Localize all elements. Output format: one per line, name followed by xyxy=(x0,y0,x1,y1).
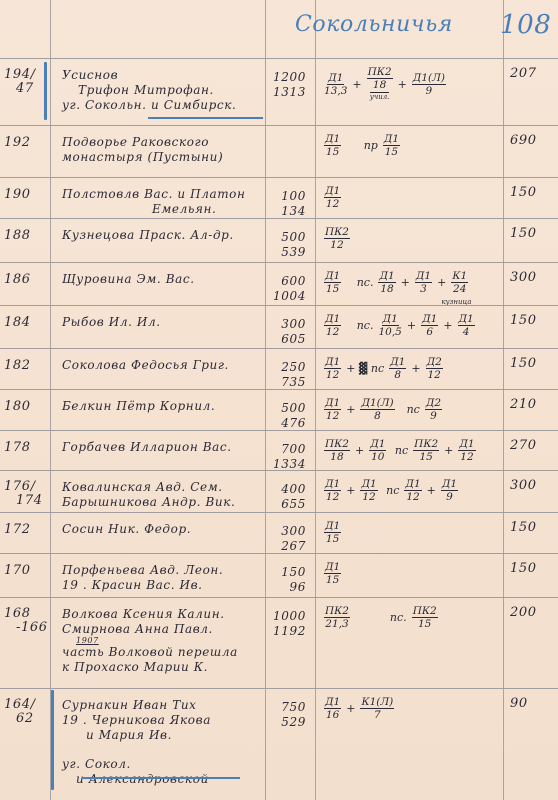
house-number: 176/174 xyxy=(4,480,43,508)
area-value-top: 300 xyxy=(266,524,306,539)
area-value-top: 600 xyxy=(266,274,306,289)
house-number: 164/62 xyxy=(4,698,36,726)
valuation-total: 150 xyxy=(510,185,537,200)
building-formula: Д115 прД115 xyxy=(322,133,402,158)
house-number: 194/47 xyxy=(4,68,36,96)
formula-operator: + xyxy=(346,702,355,715)
owner-line: Белкин Пётр Корнил. xyxy=(62,399,215,414)
formula-operator: + xyxy=(346,484,355,497)
house-number: 184 xyxy=(4,315,31,330)
formula-fraction: Д212 xyxy=(426,356,443,381)
owner-name: Полстовлв Вас. и ПлатонЕмельян. xyxy=(62,187,246,217)
area-value-bottom: 1004 xyxy=(266,289,306,304)
owner-name: Щуровина Эм. Вас. xyxy=(62,272,195,287)
building-formula: Д113,3+ПК218учил.+Д1(Л)9 xyxy=(322,66,448,102)
valuation-total: 150 xyxy=(510,356,537,371)
area-value: 7001334 xyxy=(266,442,306,472)
formula-fraction: Д115 xyxy=(324,520,341,545)
house-number: 178 xyxy=(4,440,31,455)
owner-name: Подворье Раковскогомонастыря (Пустыни) xyxy=(62,135,223,165)
formula-operator: + xyxy=(427,484,436,497)
owner-line: Рыбов Ил. Ил. xyxy=(62,315,161,330)
owner-line: Трифон Митрофан. xyxy=(62,83,236,98)
valuation-total: 200 xyxy=(510,605,537,620)
building-formula: Д115 xyxy=(322,520,343,545)
formula-operator: + xyxy=(352,78,361,91)
formula-fraction: Д116 xyxy=(324,696,341,721)
formula-fraction: ПК218 xyxy=(324,438,350,463)
street-title: Сокольничья xyxy=(295,12,453,37)
formula-fraction: ПК215 xyxy=(413,438,439,463)
area-value: 6001004 xyxy=(266,274,306,304)
area-value: 750529 xyxy=(266,700,306,730)
house-number: 188 xyxy=(4,228,31,243)
valuation-total: 210 xyxy=(510,397,537,412)
valuation-total: 690 xyxy=(510,133,537,148)
house-number: 180 xyxy=(4,399,31,414)
building-formula: Д112+Д1(Л)8 псД29 xyxy=(322,397,444,422)
owner-name: Сосин Ник. Федор. xyxy=(62,522,191,537)
row-rule xyxy=(0,262,558,263)
formula-fraction: Д113,3 xyxy=(324,72,347,97)
owner-line: часть Волковой перешла xyxy=(62,645,238,660)
blue-underline xyxy=(82,777,240,779)
valuation-total: 300 xyxy=(510,478,537,493)
formula-operator: + xyxy=(355,444,364,457)
area-value-top: 1000 xyxy=(266,609,306,624)
formula-fraction: Д18 xyxy=(389,356,406,381)
row-rule xyxy=(0,348,558,349)
house-number: 186 xyxy=(4,272,31,287)
formula-fraction: Д14 xyxy=(458,313,475,338)
formula-operator: + xyxy=(407,319,416,332)
building-formula: Д112+ ▓ псД18+Д212 xyxy=(322,356,445,381)
formula-fraction: Д112 xyxy=(458,438,475,463)
owner-name: Горбачев Илларион Вас. xyxy=(62,440,232,455)
area-value-bottom: 539 xyxy=(266,245,306,260)
row-rule xyxy=(0,597,558,598)
row-rule xyxy=(0,688,558,689)
owner-line: Барышникова Андр. Вик. xyxy=(62,495,235,510)
area-value-bottom: 655 xyxy=(266,497,306,512)
area-value: 100134 xyxy=(266,189,306,219)
formula-fraction: Д112 xyxy=(324,356,341,381)
formula-fraction: К124кузница xyxy=(451,270,468,295)
owner-line: 19 . Красин Вас. Ив. xyxy=(62,578,223,593)
formula-fraction: Д1(Л)8 xyxy=(360,397,394,422)
formula-operator: + ▓ пс xyxy=(346,362,384,375)
building-formula: Д112 пс.Д110,5+Д16+Д14 xyxy=(322,313,477,338)
owner-line: Подворье Раковского xyxy=(62,135,223,150)
area-value-top: 500 xyxy=(266,230,306,245)
owner-name: Сурнакин Иван Тих19 . Черникова Яковаи М… xyxy=(62,698,211,787)
row-rule xyxy=(0,177,558,178)
area-value: 12001313 xyxy=(266,70,306,100)
formula-operator: + xyxy=(401,276,410,289)
formula-operator: + xyxy=(444,444,453,457)
formula-fraction: ПК218учил. xyxy=(367,66,393,102)
formula-operator: пс. xyxy=(355,611,407,624)
valuation-total: 150 xyxy=(510,226,537,241)
blue-margin-mark xyxy=(51,690,54,790)
building-formula: Д116+К1(Л)7 xyxy=(322,696,396,721)
house-number: 172 xyxy=(4,522,31,537)
owner-line: к Прохаско Марии К. xyxy=(62,660,238,675)
formula-fraction: Д29 xyxy=(425,397,442,422)
formula-fraction: Д110 xyxy=(369,438,386,463)
area-value: 500539 xyxy=(266,230,306,260)
area-value-top: 100 xyxy=(266,189,306,204)
owner-line: Смирнова Анна Павл. xyxy=(62,622,238,637)
formula-fraction: Д115 xyxy=(383,133,400,158)
formula-fraction: Д112 xyxy=(324,313,341,338)
formula-fraction: Д112 xyxy=(404,478,421,503)
formula-operator: + xyxy=(398,78,407,91)
area-value: 500476 xyxy=(266,401,306,431)
formula-fraction: Д112 xyxy=(324,397,341,422)
formula-fraction: К1(Л)7 xyxy=(360,696,394,721)
formula-fraction: Д118 xyxy=(378,270,395,295)
formula-fraction: Д115 xyxy=(324,561,341,586)
house-number: 170 xyxy=(4,563,31,578)
formula-fraction: ПК212 xyxy=(324,226,350,251)
formula-operator: пр xyxy=(346,139,378,152)
building-formula: ПК221,3 пс.ПК215 xyxy=(322,605,440,630)
area-value-bottom: 1192 xyxy=(266,624,306,639)
area-value: 300605 xyxy=(266,317,306,347)
owner-line: и Александровской xyxy=(62,772,211,787)
area-value-bottom: 605 xyxy=(266,332,306,347)
house-number: 182 xyxy=(4,358,31,373)
valuation-total: 90 xyxy=(510,696,528,711)
formula-operator: + xyxy=(346,403,355,416)
formula-fraction: Д13 xyxy=(415,270,432,295)
area-value-top: 300 xyxy=(266,317,306,332)
owner-line: Емельян. xyxy=(62,202,246,217)
area-value: 10001192 xyxy=(266,609,306,639)
formula-operator: пс xyxy=(391,444,408,457)
formula-fraction: ПК221,3 xyxy=(324,605,350,630)
formula-operator: + xyxy=(443,319,452,332)
valuation-total: 270 xyxy=(510,438,537,453)
area-value-top: 750 xyxy=(266,700,306,715)
area-value-bottom: 1313 xyxy=(266,85,306,100)
building-formula: ПК212 xyxy=(322,226,352,251)
valuation-total: 207 xyxy=(510,66,537,81)
row-rule xyxy=(0,305,558,306)
area-value-top: 400 xyxy=(266,482,306,497)
valuation-total: 300 xyxy=(510,270,537,285)
formula-operator: пс xyxy=(383,484,400,497)
valuation-total: 150 xyxy=(510,561,537,576)
owner-name: Волкова Ксения Калин.Смирнова Анна Павл.… xyxy=(62,607,238,675)
owner-line: уг. Сокол. xyxy=(62,757,211,772)
owner-line: Волкова Ксения Калин. xyxy=(62,607,238,622)
area-value-top: 500 xyxy=(266,401,306,416)
owner-name: Рыбов Ил. Ил. xyxy=(62,315,161,330)
row-rule xyxy=(0,470,558,471)
owner-name: Порфеньева Авд. Леон.19 . Красин Вас. Ив… xyxy=(62,563,223,593)
owner-line: 19 . Черникова Якова xyxy=(62,713,211,728)
row-rule xyxy=(0,218,558,219)
area-value-top: 250 xyxy=(266,360,306,375)
owner-line: Соколова Федосья Григ. xyxy=(62,358,229,373)
valuation-total: 150 xyxy=(510,520,537,535)
header-rule xyxy=(0,58,558,59)
formula-operator: + xyxy=(437,276,446,289)
page-number: 108 xyxy=(500,10,551,40)
area-value-top: 700 xyxy=(266,442,306,457)
owner-line: монастыря (Пустыни) xyxy=(62,150,223,165)
area-value-bottom: 476 xyxy=(266,416,306,431)
area-value-bottom: 267 xyxy=(266,539,306,554)
owner-line: Щуровина Эм. Вас. xyxy=(62,272,195,287)
owner-line: Кузнецова Праск. Ал-др. xyxy=(62,228,234,243)
formula-operator: пс xyxy=(400,403,420,416)
owner-name: УсисновТрифон Митрофан.уг. Сокольн. и Си… xyxy=(62,68,236,113)
blue-margin-mark xyxy=(44,62,47,120)
row-rule xyxy=(0,512,558,513)
formula-fraction: Д16 xyxy=(421,313,438,338)
owner-line: и Мария Ив. xyxy=(62,728,211,743)
owner-line: 1907 xyxy=(62,637,238,645)
house-number: 192 xyxy=(4,135,31,150)
owner-line: Горбачев Илларион Вас. xyxy=(62,440,232,455)
area-value: 250735 xyxy=(266,360,306,390)
area-value-top: 150 xyxy=(266,565,306,580)
formula-note: кузница xyxy=(441,296,471,308)
area-value-bottom: 96 xyxy=(266,580,306,595)
area-value: 15096 xyxy=(266,565,306,595)
area-value-bottom: 529 xyxy=(266,715,306,730)
valuation-total: 150 xyxy=(510,313,537,328)
row-rule xyxy=(0,125,558,126)
owner-line: уг. Сокольн. и Симбирск. xyxy=(62,98,236,113)
house-number: 168-166 xyxy=(4,607,48,635)
building-formula: Д115 xyxy=(322,561,343,586)
owner-line: Усиснов xyxy=(62,68,236,83)
owner-line: Полстовлв Вас. и Платон xyxy=(62,187,246,202)
column-rule-owner xyxy=(265,0,266,800)
area-value: 300267 xyxy=(266,524,306,554)
column-rule-house xyxy=(50,0,51,800)
house-number: 190 xyxy=(4,187,31,202)
owner-line: Сурнакин Иван Тих xyxy=(62,698,211,713)
formula-fraction: Д112 xyxy=(324,185,341,210)
formula-fraction: Д112 xyxy=(360,478,377,503)
formula-fraction: Д115 xyxy=(324,270,341,295)
building-formula: Д115 пс.Д118+Д13+К124кузница xyxy=(322,270,470,295)
owner-line: Ковалинская Авд. Сем. xyxy=(62,480,235,495)
column-rule-sums xyxy=(315,0,316,800)
area-value: 400655 xyxy=(266,482,306,512)
formula-fraction: Д112 xyxy=(324,478,341,503)
row-rule xyxy=(0,553,558,554)
row-rule xyxy=(0,430,558,431)
area-value-top: 1200 xyxy=(266,70,306,85)
area-value-bottom: 134 xyxy=(266,204,306,219)
formula-fraction: ПК215 xyxy=(412,605,438,630)
owner-name: Ковалинская Авд. Сем.Барышникова Андр. В… xyxy=(62,480,235,510)
formula-operator: пс. xyxy=(346,319,373,332)
owner-name: Кузнецова Праск. Ал-др. xyxy=(62,228,234,243)
owner-name: Соколова Федосья Григ. xyxy=(62,358,229,373)
row-rule xyxy=(0,389,558,390)
formula-fraction: Д1(Л)9 xyxy=(412,72,446,97)
formula-fraction: Д19 xyxy=(441,478,458,503)
building-formula: Д112 xyxy=(322,185,343,210)
area-value-bottom: 735 xyxy=(266,375,306,390)
formula-operator: пс. xyxy=(346,276,373,289)
column-rule-formula xyxy=(503,0,504,800)
building-formula: ПК218+Д110 псПК215+Д112 xyxy=(322,438,478,463)
formula-operator: + xyxy=(411,362,420,375)
owner-name: Белкин Пётр Корнил. xyxy=(62,399,215,414)
blue-underline xyxy=(148,117,263,119)
owner-line: Сосин Ник. Федор. xyxy=(62,522,191,537)
formula-fraction: Д110,5 xyxy=(378,313,401,338)
building-formula: Д112+Д112 псД112+Д19 xyxy=(322,478,460,503)
ledger-page: Сокольничья 108 194/47УсисновТрифон Митр… xyxy=(0,0,558,800)
owner-line: Порфеньева Авд. Леон. xyxy=(62,563,223,578)
formula-fraction: Д115 xyxy=(324,133,341,158)
